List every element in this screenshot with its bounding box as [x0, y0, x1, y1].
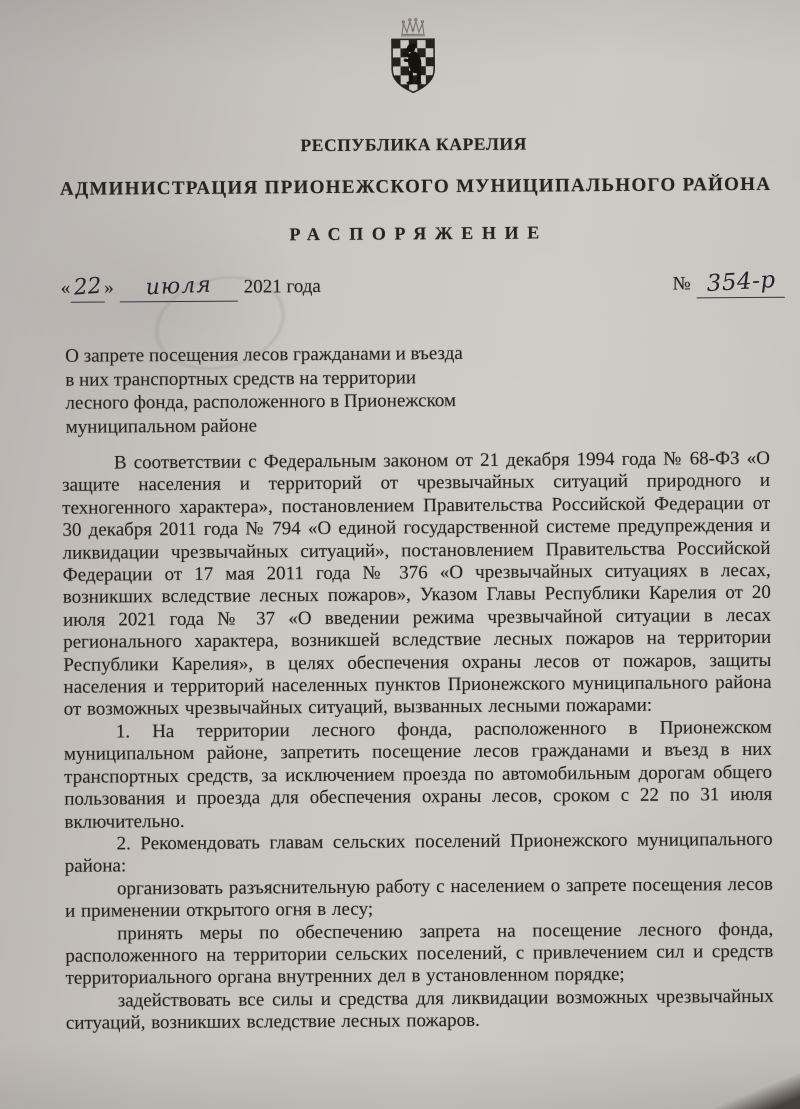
- body-paragraph-preamble: В соответствии с Федеральным законом от …: [62, 448, 772, 722]
- day-field: 22: [70, 275, 104, 303]
- coat-of-arms-icon: [388, 11, 439, 99]
- number-underline: 354-р: [697, 269, 785, 299]
- document-photo: РЕСПУБЛИКА КАРЕЛИЯ АДМИНИСТРАЦИЯ ПРИОНЕЖ…: [0, 0, 800, 1109]
- day-handwritten: 22: [72, 274, 102, 302]
- date-field: «22»июля2021 года: [61, 273, 321, 303]
- document-type-title: РАСПОРЯЖЕНИЕ: [60, 219, 768, 248]
- body-paragraph-item-2b: принять меры по обеспечению запрета на п…: [65, 918, 773, 990]
- body-paragraph-item-2a: организовать разъяснительную работу с на…: [65, 874, 773, 924]
- photo-corner-shadow: [714, 1073, 800, 1109]
- close-quote: »: [104, 277, 114, 298]
- body-paragraph-item-2: 2. Рекомендовать главам сельских поселен…: [65, 829, 773, 879]
- body-paragraph-item-1: 1. На территории лесного фонда, располож…: [64, 717, 773, 834]
- document-page: РЕСПУБЛИКА КАРЕЛИЯ АДМИНИСТРАЦИЯ ПРИОНЕЖ…: [0, 9, 800, 1036]
- month-field: июля: [120, 274, 238, 303]
- number-handwritten: 354-р: [706, 267, 776, 297]
- year-label: 2021 года: [244, 276, 321, 298]
- month-handwritten: июля: [145, 273, 212, 302]
- date-and-number-line: «22»июля2021 года №354-р: [61, 269, 769, 303]
- open-quote: «: [61, 278, 71, 299]
- subject-paragraph: О запрете посещения лесов гражданами и в…: [65, 341, 568, 439]
- administration-title: АДМИНИСТРАЦИЯ ПРИОНЕЖСКОГО МУНИЦИПАЛЬНОГ…: [60, 173, 768, 202]
- number-sign: №: [672, 273, 690, 294]
- body-paragraph-item-2c: задействовать все силы и средства для ли…: [66, 986, 774, 1036]
- document-body: В соответствии с Федеральным законом от …: [62, 448, 774, 1035]
- document-number-field: №354-р: [672, 269, 784, 299]
- republic-title: РЕСПУБЛИКА КАРЕЛИЯ: [60, 131, 768, 158]
